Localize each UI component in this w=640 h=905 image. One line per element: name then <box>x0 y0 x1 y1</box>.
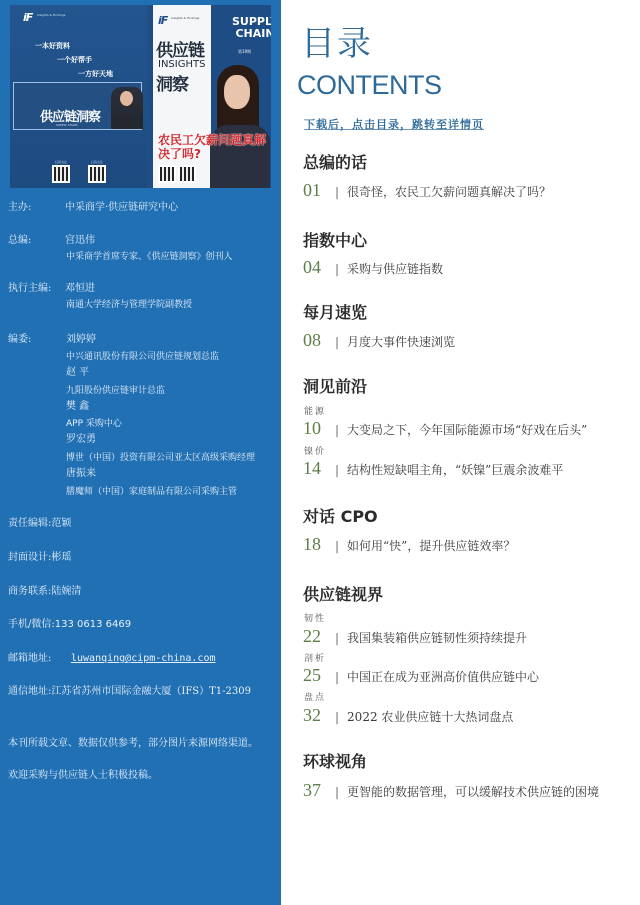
page-number: 10 <box>303 418 333 439</box>
email-row: 邮箱地址:luwanqing@cipm-china.com <box>8 652 216 666</box>
address-label: 通信地址: <box>8 686 51 697</box>
toc-entry[interactable]: 32 | 2022 农业供应链十大热词盘点 <box>303 705 513 726</box>
email-link[interactable]: luwanqing@cipm-china.com <box>71 653 216 664</box>
business-contact-value: 陆婉清 <box>51 586 81 597</box>
toc-entry[interactable]: 14 | 结构性短缺唱主角，“妖镍”巨震余波难平 <box>303 458 563 479</box>
executive-editor-title: 南通大学经济与管理学院副教授 <box>66 298 192 312</box>
qr-label: 扫码关注 <box>91 160 103 164</box>
article-title: 大变局之下，今年国际能源市场“好戏在后头” <box>347 421 587 438</box>
chief-editor-label: 总编: <box>8 234 65 248</box>
topic-tag: 韧性 <box>304 611 326 624</box>
executive-editor-label: 执行主编: <box>8 282 65 296</box>
if-logo: iF <box>23 11 32 24</box>
cover-title-cn: 供应链 <box>156 42 204 60</box>
responsible-editor-value: 范颖 <box>51 518 71 529</box>
divider: | <box>335 631 339 645</box>
board-member-name: 赵 平 <box>66 366 89 380</box>
topic-tag: 镍价 <box>304 444 326 457</box>
section-title: 指数中心 <box>303 228 367 251</box>
cover-banner: 供应链洞察 SUPPLY CHAIN <box>13 82 142 130</box>
sponsor-label: 主办: <box>8 201 65 215</box>
toc-entry[interactable]: 22 | 我国集装箱供应链韧性须持续提升 <box>303 626 527 647</box>
if-logo-subtitle: Insights & Findings <box>37 13 77 17</box>
toc-entry[interactable]: 37 | 更智能的数据管理，可以缓解技术供应链的困境 <box>303 780 599 801</box>
chief-editor-row: 总编:宫迅伟 <box>8 234 95 248</box>
article-title: 更智能的数据管理，可以缓解技术供应链的困境 <box>347 783 599 800</box>
topic-tag: 盘点 <box>304 690 326 703</box>
toc-entry[interactable]: 18 | 如何用“快”，提升供应链效率？ <box>303 534 515 555</box>
responsible-editor-label: 责任编辑: <box>8 518 51 529</box>
page-number: 04 <box>303 257 333 278</box>
section-title: 每月速览 <box>303 300 367 323</box>
cover-back: iF Insights & Findings 一本好资料 一个好帮手 一方好天地… <box>10 5 147 188</box>
article-title: 如何用“快”，提升供应链效率？ <box>347 537 515 554</box>
board-member-name: 刘婷婷 <box>66 333 96 347</box>
address-value: 江苏省苏州市国际金融大厦（IFS）T1-2309 <box>51 686 251 697</box>
business-contact-label: 商务联系: <box>8 586 51 597</box>
page-number: 01 <box>303 180 333 201</box>
toc-entry[interactable]: 25 | 中国正在成为亚洲高价值供应链中心 <box>303 665 539 686</box>
chief-editor-name: 宫迅伟 <box>65 235 95 246</box>
editorial-board-label: 编委: <box>8 333 31 347</box>
qr-code-icon <box>52 165 70 183</box>
board-member-title: 中兴通讯股份有限公司供应链规划总监 <box>66 350 219 364</box>
cover-headline: 农民工欠薪问题真解决了吗? <box>158 133 271 161</box>
board-member-title: 博世（中国）投资有限公司亚太区高级采购经理 <box>66 451 255 465</box>
article-title: 月度大事件快速浏览 <box>347 333 455 350</box>
topic-tag: 能源 <box>304 404 326 417</box>
section-title: 对话 CPO <box>303 504 378 527</box>
sponsor-row: 主办:中采商学·供应链研究中心 <box>8 201 178 215</box>
if-logo-subtitle: Insights & Findings <box>171 16 211 20</box>
cover-title-cn-2: 洞察 <box>156 70 188 95</box>
executive-editor-name: 邓恒进 <box>65 283 95 294</box>
executive-editor-row: 执行主编:邓恒进 <box>8 282 95 296</box>
page-number: 18 <box>303 534 333 555</box>
masthead-panel: iF Insights & Findings 一本好资料 一个好帮手 一方好天地… <box>0 0 281 905</box>
divider: | <box>335 335 339 349</box>
toc-hint-link[interactable]: 下载后，点击目录，跳转至详情页 <box>304 116 484 132</box>
address-row: 通信地址:江苏省苏州市国际金融大厦（IFS）T1-2309 <box>8 685 251 699</box>
divider: | <box>335 539 339 553</box>
slogan-1: 一本好资料 <box>35 41 70 51</box>
divider: | <box>335 670 339 684</box>
article-title: 我国集装箱供应链韧性须持续提升 <box>347 629 527 646</box>
toc-title-en: CONTENTS <box>297 70 442 101</box>
chief-editor-title: 中采商学首席专家、《供应链洞察》创刊人 <box>66 250 233 264</box>
cover-design-row: 封面设计:彬瑶 <box>8 551 71 565</box>
submission-invitation: 欢迎采购与供应链人士积极投稿。 <box>8 769 158 783</box>
cover-design-label: 封面设计: <box>8 552 51 563</box>
qr-label: 扫码关注 <box>55 160 67 164</box>
divider: | <box>335 423 339 437</box>
qr-code-icon <box>178 165 196 183</box>
phone-value: 133 0613 6469 <box>55 619 131 630</box>
issue-number: 第19期 <box>238 49 251 55</box>
qr-code-icon <box>88 165 106 183</box>
board-member-title: 九阳股份供应链审计总监 <box>66 384 165 398</box>
divider: | <box>335 710 339 724</box>
board-member-name: 唐振来 <box>66 467 96 481</box>
phone-label: 手机/微信: <box>8 619 55 630</box>
slogan-2: 一个好帮手 <box>57 55 92 65</box>
section-title: 洞见前沿 <box>303 374 367 397</box>
board-member-name: 樊 鑫 <box>66 400 89 414</box>
table-of-contents: 目录 CONTENTS 下载后，点击目录，跳转至详情页 总编的话 01 | 很奇… <box>281 0 640 905</box>
section-title: 总编的话 <box>303 150 367 173</box>
divider: | <box>335 185 339 199</box>
cover-title-en: INSIGHTS <box>158 59 205 70</box>
article-title: 2022 农业供应链十大热词盘点 <box>347 708 513 725</box>
divider: | <box>335 262 339 276</box>
article-title: 中国正在成为亚洲高价值供应链中心 <box>347 668 539 685</box>
page-number: 37 <box>303 780 333 801</box>
magazine-cover-image: iF Insights & Findings 一本好资料 一个好帮手 一方好天地… <box>10 5 271 188</box>
article-title: 采购与供应链指数 <box>347 260 443 277</box>
divider: | <box>335 785 339 799</box>
page-number: 14 <box>303 458 333 479</box>
page-number: 08 <box>303 330 333 351</box>
board-member-title: APP 采购中心 <box>66 417 122 431</box>
email-label: 邮箱地址: <box>8 652 71 666</box>
if-logo: iF <box>158 14 167 27</box>
section-title: 环球视角 <box>303 749 367 772</box>
banner-subtitle: SUPPLY CHAIN <box>56 123 77 127</box>
toc-entry[interactable]: 01 | 很奇怪，农民工欠薪问题真解决了吗？ <box>303 180 551 201</box>
board-member-name: 罗宏勇 <box>66 433 96 447</box>
responsible-editor-row: 责任编辑:范颖 <box>8 517 71 531</box>
article-title: 结构性短缺唱主角，“妖镍”巨震余波难平 <box>347 461 563 478</box>
divider: | <box>335 463 339 477</box>
article-title: 很奇怪，农民工欠薪问题真解决了吗？ <box>347 183 551 200</box>
sponsor-value: 中采商学·供应链研究中心 <box>65 202 178 213</box>
toc-title-cn: 目录 <box>301 16 373 65</box>
page-number: 22 <box>303 626 333 647</box>
board-member-title: 膳魔师（中国）家庭制品有限公司采购主管 <box>66 485 237 499</box>
toc-entry[interactable]: 10 | 大变局之下，今年国际能源市场“好戏在后头” <box>303 418 587 439</box>
slogan-3: 一方好天地 <box>78 69 113 79</box>
cover-person-photo <box>210 65 270 188</box>
page-number: 25 <box>303 665 333 686</box>
cover-design-value: 彬瑶 <box>51 552 71 563</box>
toc-entry[interactable]: 08 | 月度大事件快速浏览 <box>303 330 455 351</box>
editor-photo <box>111 87 143 129</box>
topic-tag: 剖析 <box>304 651 326 664</box>
qr-code-icon <box>158 165 176 183</box>
business-contact-row: 商务联系:陆婉清 <box>8 585 81 599</box>
disclaimer-text: 本刊所载文章、数据仅供参考，部分图片来源网络渠道。 <box>8 737 258 751</box>
page-number: 32 <box>303 705 333 726</box>
toc-entry[interactable]: 04 | 采购与供应链指数 <box>303 257 443 278</box>
section-title: 供应链视界 <box>303 582 383 605</box>
phone-row: 手机/微信:133 0613 6469 <box>8 618 131 632</box>
supply-chain-title: SUPPLY CHAIN <box>232 16 271 40</box>
